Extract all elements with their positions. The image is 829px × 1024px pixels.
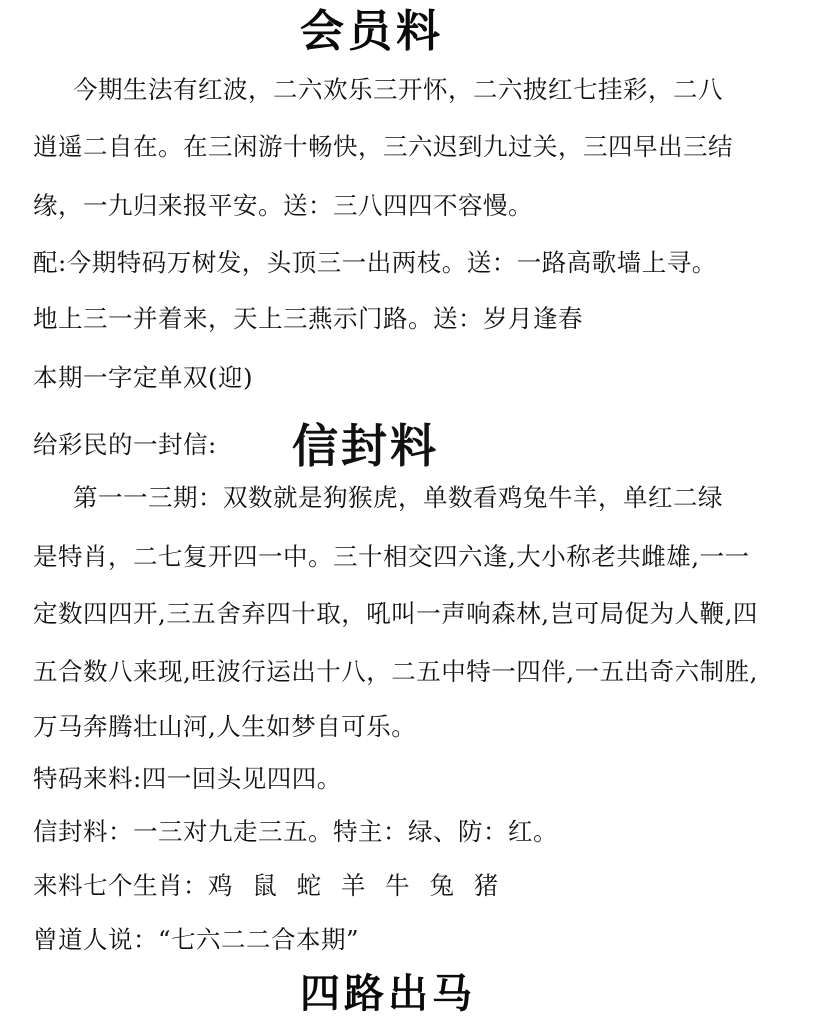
zodiacs-list: 鸡 鼠 蛇 羊 牛 兔 猪 — [208, 871, 504, 900]
taoist-quote-line: 曾道人说：“七六二二合本期” — [33, 928, 359, 953]
member-line-5: 地上三一并着来，天上三燕示门路。送：岁月逢春 — [33, 307, 583, 332]
zodiacs-line: 来料七个生肖：鸡 鼠 蛇 羊 牛 兔 猪 — [33, 874, 504, 899]
envelope-line-4: 五合数八来现,旺波行运出十八，二五中特一四伴,一五出奇六制胜, — [33, 660, 758, 685]
envelope-line-3: 定数四四开,三五舍弃四十取，吼叫一声响森林,岂可局促为人鞭,四 — [33, 602, 758, 627]
member-line-6: 本期一字定单双(迎) — [33, 366, 253, 391]
envelope-prefix: 给彩民的一封信: — [33, 433, 217, 458]
envelope-note-line: 信封料：一三对九走三五。特主：绿、防：红。 — [33, 820, 558, 845]
zodiacs-label: 来料七个生肖： — [33, 871, 208, 900]
member-line-4: 配:今期特码万树发，头顶三一出两枝。送：一路高歌墙上寻。 — [33, 251, 717, 276]
envelope-line-1: 第一一三期：双数就是狗猴虎，单数看鸡兔牛羊，单红二绿 — [73, 486, 723, 511]
envelope-line-5: 万马奔腾壮山河,人生如梦自可乐。 — [33, 715, 416, 740]
member-line-2: 逍遥二自在。在三闲游十畅快，三六迟到九过关，三四早出三结 — [33, 135, 733, 160]
envelope-section-title: 信封料 — [292, 423, 439, 469]
special-code-line: 特码来料:四一回头见四四。 — [33, 767, 342, 792]
member-line-1: 今期生法有红波，二六欢乐三开怀，二六披红七挂彩，二八 — [73, 78, 723, 103]
member-line-3: 缘，一九归来报平安。送：三八四四不容慢。 — [33, 194, 533, 219]
envelope-line-2: 是特肖，二七复开四一中。三十相交四六逢,大小称老共雌雄,一一 — [33, 545, 750, 570]
four-roads-title: 四路出马 — [300, 974, 476, 1014]
member-section-title: 会员料 — [300, 10, 444, 54]
